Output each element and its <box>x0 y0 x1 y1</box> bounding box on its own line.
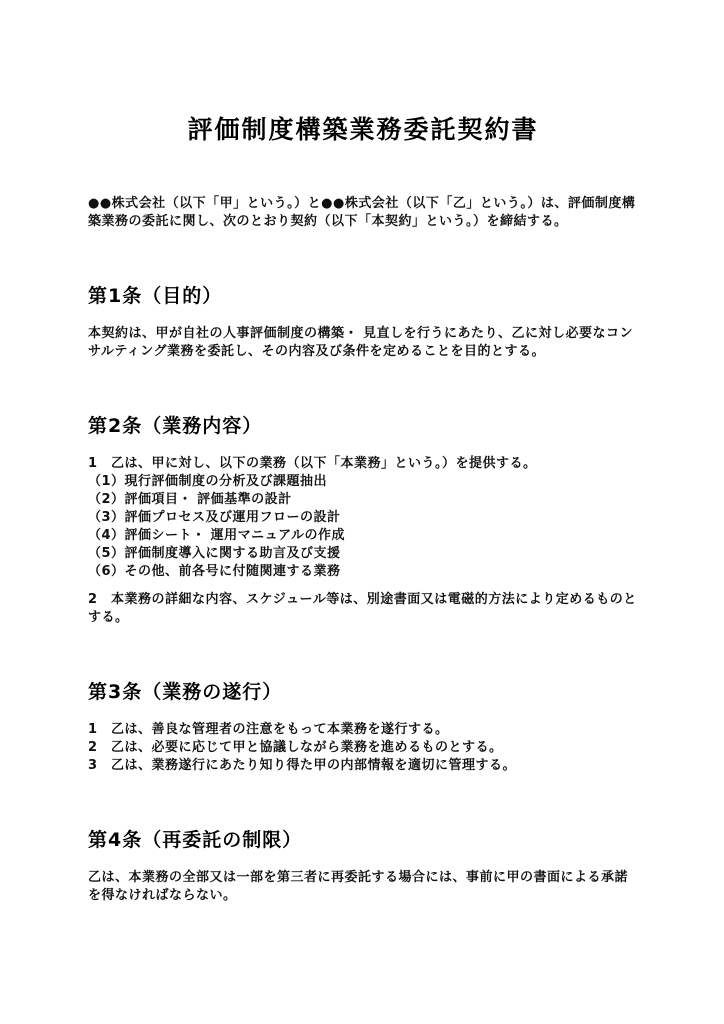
article-4-subcontracting-restriction: 第4条（再委託の制限） 乙は、本業務の全部又は一部を第三者に再委託する場合には、… <box>88 827 638 905</box>
article-2-item-3: （3）評価プロセス及び運用フローの設計 <box>88 509 638 527</box>
intro-paragraph: ●●株式会社（以下「甲」という。）と●●株式会社（以下「乙」という。）は、評価制… <box>88 195 638 231</box>
article-2-clause-2: 2 本業務の詳細な内容、スケジュール等は、別途書面又は電磁的方法により定めるもの… <box>88 591 638 627</box>
article-4-heading: 第4条（再委託の制限） <box>88 827 638 853</box>
article-2-item-2: （2）評価項目・ 評価基準の設計 <box>88 491 638 509</box>
contract-document-page: 評価制度構築業務委託契約書 ●●株式会社（以下「甲」という。）と●●株式会社（以… <box>0 0 724 1024</box>
article-1-purpose: 第1条（目的） 本契約は、甲が自社の人事評価制度の構築・ 見直しを行うにあたり、… <box>88 283 638 361</box>
document-title: 評価制度構築業務委託契約書 <box>88 114 638 145</box>
article-1-body: 本契約は、甲が自社の人事評価制度の構築・ 見直しを行うにあたり、乙に対し必要なコ… <box>88 325 638 361</box>
article-3-heading: 第3条（業務の遂行） <box>88 679 638 705</box>
article-4-body: 乙は、本業務の全部又は一部を第三者に再委託する場合には、事前に甲の書面による承諾… <box>88 869 638 905</box>
article-2-item-5: （5）評価制度導入に関する助言及び支援 <box>88 545 638 563</box>
article-3-performance-of-services: 第3条（業務の遂行） 1 乙は、善良な管理者の注意をもって本業務を遂行する。 2… <box>88 679 638 775</box>
article-2-scope-of-services: 第2条（業務内容） 1 乙は、甲に対し、以下の業務（以下「本業務」という。）を提… <box>88 413 638 627</box>
article-3-clause-2: 2 乙は、必要に応じて甲と協議しながら業務を進めるものとする。 <box>88 739 638 757</box>
article-2-item-4: （4）評価シート・ 運用マニュアルの作成 <box>88 527 638 545</box>
article-2-item-1: （1）現行評価制度の分析及び課題抽出 <box>88 473 638 491</box>
article-3-clause-3: 3 乙は、業務遂行にあたり知り得た甲の内部情報を適切に管理する。 <box>88 757 638 775</box>
article-2-item-6: （6）その他、前各号に付随関連する業務 <box>88 563 638 581</box>
article-2-heading: 第2条（業務内容） <box>88 413 638 439</box>
article-2-clause-1: 1 乙は、甲に対し、以下の業務（以下「本業務」という。）を提供する。 <box>88 455 638 473</box>
article-3-clause-1: 1 乙は、善良な管理者の注意をもって本業務を遂行する。 <box>88 721 638 739</box>
article-1-heading: 第1条（目的） <box>88 283 638 309</box>
